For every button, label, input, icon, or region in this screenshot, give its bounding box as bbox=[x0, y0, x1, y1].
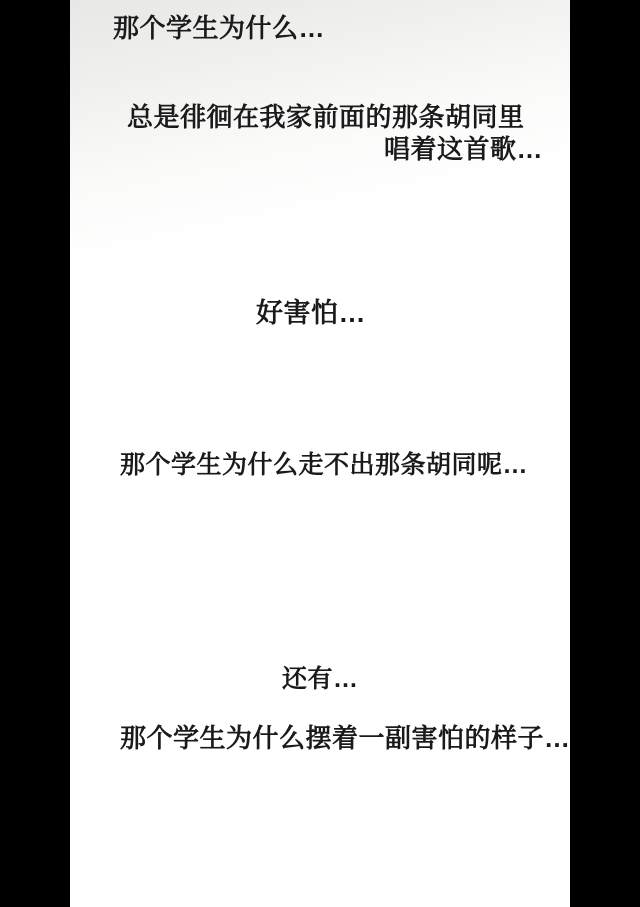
right-letterbox-bar bbox=[570, 0, 640, 907]
narration-line-7: 那个学生为什么摆着一副害怕的样子… bbox=[120, 724, 571, 753]
comic-viewer: 那个学生为什么… 总是徘徊在我家前面的那条胡同里 唱着这首歌… 好害怕… 那个学… bbox=[0, 0, 640, 907]
narration-line-4: 好害怕… bbox=[256, 299, 366, 329]
narration-line-6: 还有… bbox=[282, 666, 359, 694]
narration-line-3: 唱着这首歌… bbox=[384, 135, 543, 164]
narration-line-2: 总是徘徊在我家前面的那条胡同里 bbox=[127, 103, 525, 132]
left-letterbox-bar bbox=[0, 0, 70, 907]
narration-line-1: 那个学生为什么… bbox=[113, 14, 325, 43]
comic-page-panel: 那个学生为什么… 总是徘徊在我家前面的那条胡同里 唱着这首歌… 好害怕… 那个学… bbox=[70, 0, 570, 907]
narration-line-5: 那个学生为什么走不出那条胡同呢… bbox=[120, 452, 528, 480]
